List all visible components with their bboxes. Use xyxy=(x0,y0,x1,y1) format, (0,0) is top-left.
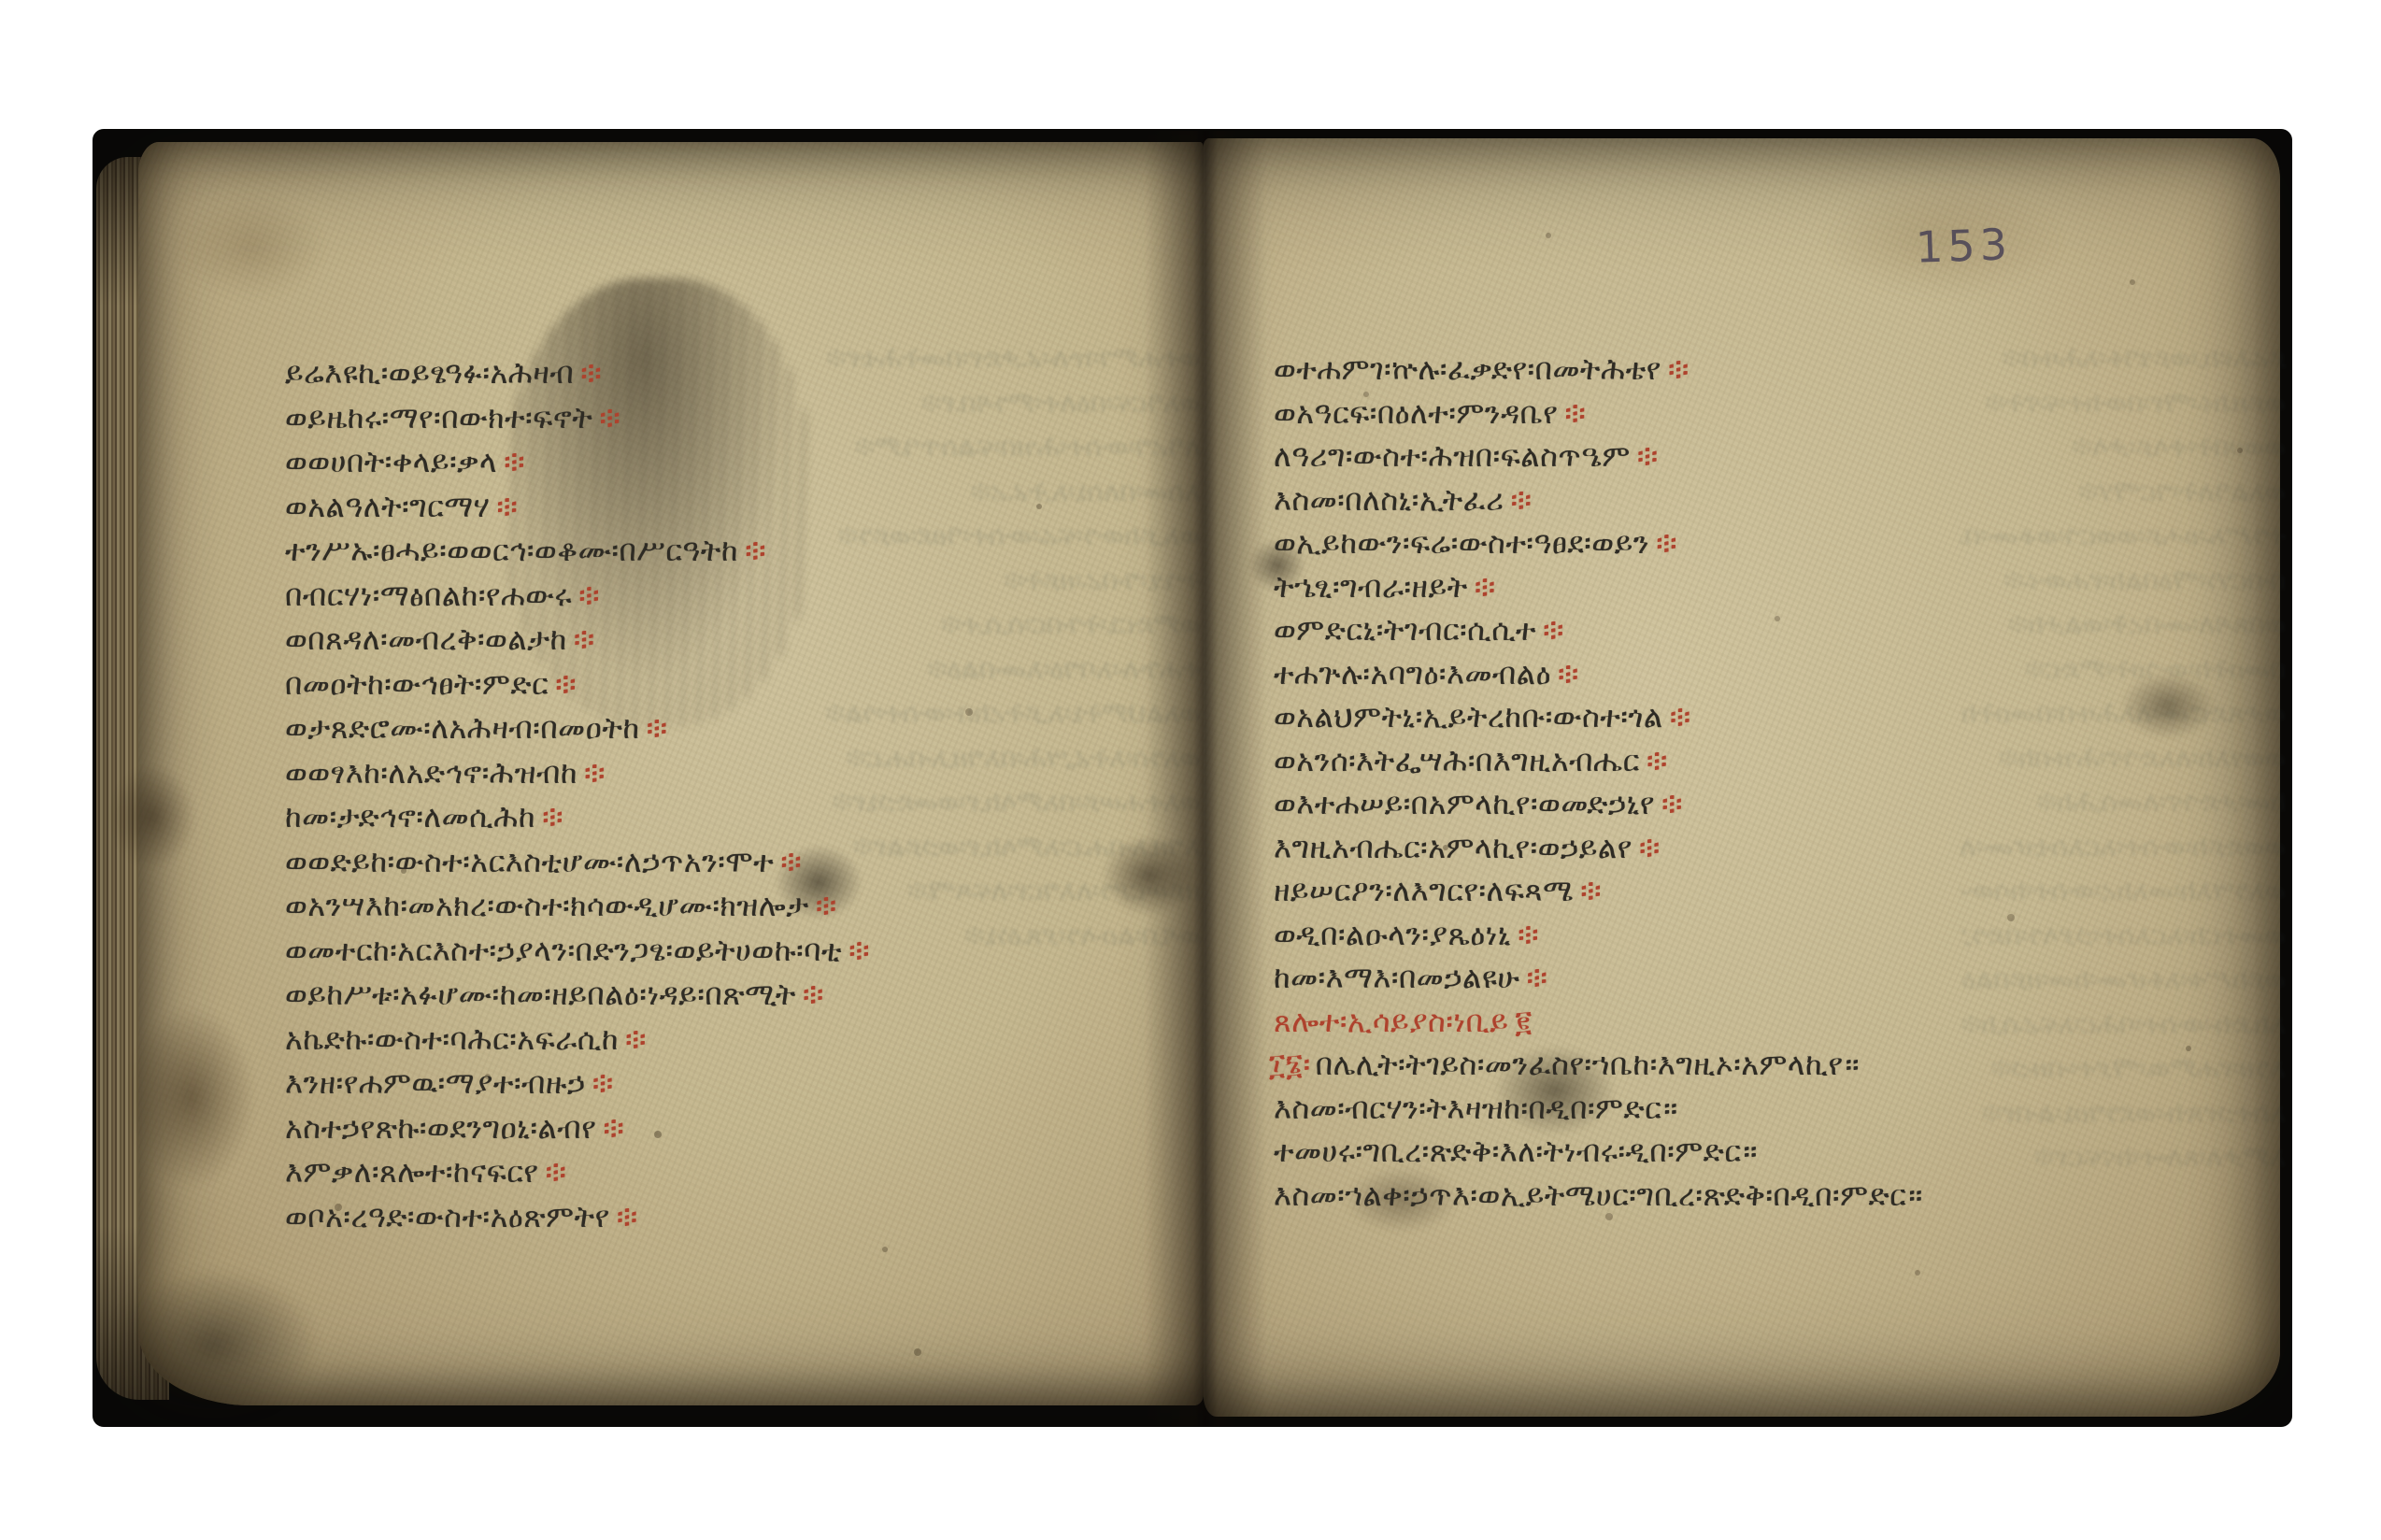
line-separator: ፨ xyxy=(1518,917,1539,952)
line-separator: ፨ xyxy=(617,1199,638,1234)
line-text: ወአልህምትኒ፡ኢይትረከቡ፡ውስተ፡ጎል xyxy=(1274,699,1663,734)
line-separator: ፨ xyxy=(848,933,870,968)
text-line: እስመ፡ብርሃን፡ትእዛዝከ፡በዲበ፡ምድር። xyxy=(1269,1087,1923,1131)
text-line: እስመ፡ኀልቀ፡ኃጥእ፡ወኢይትሜሀር፡ግቢረ፡ጽድቅ፡በዲበ፡ምድር። xyxy=(1269,1174,1923,1218)
line-separator: ፨ xyxy=(780,844,802,879)
text-line: ወአዓርፍ፡በዕለተ፡ምንዳቤየ፨ xyxy=(1269,392,1923,435)
line-separator: ፨ xyxy=(603,1110,624,1146)
line-text: አኬድኩ፡ውስተ፡ባሕር፡አፍራሲከ xyxy=(285,1021,619,1057)
text-line: ወአንሣእከ፡መአክረ፡ውስተ፡ክሳውዲሆሙ፡ክዝሎታ፨ xyxy=(280,884,870,929)
line-separator: ፨ xyxy=(745,533,766,568)
text-line: ወወድይከ፡ውስተ፡አርእስቲሆሙ፡ለኃጥአን፡ሞተ፨ xyxy=(280,840,870,885)
manuscript-scan: ወተሐምገ፡ኵሉ፡ፈቃድየ፡በመትሕቴየ፨ወአዓርፍ፡በዕለተ፡ምንዳቤየ፨ለዓ… xyxy=(0,0,2381,1540)
text-line: ተመሀሩ፡ግቢረ፡ጽድቅ፡እለ፡ትነብሩ፡ዲበ፡ምድር። xyxy=(1269,1130,1923,1174)
text-line: ወታጸድሮሙ፡ለአሕዛብ፡በመዐትከ፨ xyxy=(280,706,870,751)
line-text: ወይዜከሩ፡ማየ፡በውክተ፡ፍኖት xyxy=(285,400,592,435)
line-text: አስተኃየጽኩ፡ወደንግዐኒ፡ልብየ xyxy=(285,1110,596,1146)
line-separator: ፨ xyxy=(816,888,837,923)
line-separator: ፨ xyxy=(504,444,525,479)
line-text: ተንሥኡ፡ፀሓይ፡ወወርኅ፡ወቆሙ፡በሥርዓትከ xyxy=(285,533,738,568)
line-text: በብርሃነ፡ማፅበልከ፡የሐውሩ xyxy=(285,577,572,613)
text-line: ወአልዓለት፡ግርማሃ፨ xyxy=(280,485,870,530)
line-text: ወታጸድሮሙ፡ለአሕዛብ፡በመዐትከ xyxy=(285,710,640,746)
text-line: ጸሎተ፡ኢሳይያስ፡ነቢይ፪ xyxy=(1269,1000,1923,1044)
line-text: ወበጸዳለ፡መብረቅ፡ወልታከ xyxy=(285,621,567,657)
text-line: ወአንሰ፡እትፌሣሕ፡በእግዚአብሔር፨ xyxy=(1269,739,1923,783)
line-text: ወዲበ፡ልዑላን፡ያጼዕነኒ xyxy=(1274,917,1511,952)
left-page-text: ይሬእዩኪ፡ወይፄዓፉ፡አሕዛብ፨ወይዜከሩ፡ማየ፡በውክተ፡ፍኖት፨ወወሀበት… xyxy=(280,351,870,1239)
line-separator: ፨ xyxy=(580,355,602,391)
line-text: እስመ፡ብርሃን፡ትእዛዝከ፡በዲበ፡ምድር xyxy=(1274,1091,1661,1126)
text-line: እግዚአብሔር፡አምላኪየ፡ወኃይልየ፨ xyxy=(1269,826,1923,870)
line-separator: ፨ xyxy=(1475,569,1496,605)
line-text: እምቃለ፡ጸሎተ፡ከናፍርየ xyxy=(285,1154,539,1190)
line-separator: ፨ xyxy=(1526,960,1547,995)
text-line: በመዐትከ፡ውኅፀት፡ምድር፨ xyxy=(280,663,870,707)
line-separator: ፨ xyxy=(1656,525,1677,561)
line-text: ወይከሥቱ፡አፉሆሙ፡ከመ፡ዘይበልዕ፡ነዳይ፡በጽሚት xyxy=(285,977,796,1012)
line-text: ከመ፡እማእ፡በመኃልዩሁ xyxy=(1274,960,1519,995)
line-text: ትኄፂ፡ግብራ፡ዘይት xyxy=(1274,569,1468,605)
line-text: ወኢይከውን፡ፍሬ፡ውስተ፡ዓፀደ፡ወይን xyxy=(1274,525,1649,561)
line-text: ወአዓርፍ፡በዕለተ፡ምንዳቤየ xyxy=(1274,395,1558,431)
text-line: ወይዜከሩ፡ማየ፡በውክተ፡ፍኖት፨ xyxy=(280,396,870,441)
line-separator: ፪ xyxy=(1515,1004,1532,1039)
text-line: ከመ፡ታድኅኖ፡ለመሲሕከ፨ xyxy=(280,795,870,840)
text-line: ለዓሪግ፡ውስተ፡ሕዝበ፡ፍልስጥዔም፨ xyxy=(1269,435,1923,478)
line-separator: ፨ xyxy=(1580,873,1602,908)
line-text: ተመሀሩ፡ግቢረ፡ጽድቅ፡እለ፡ትነብሩ፡ዲበ፡ምድር xyxy=(1274,1134,1742,1169)
text-line: እስመ፡በለስኒ፡ኢትፈሪ፨ xyxy=(1269,478,1923,522)
line-text: እስመ፡በለስኒ፡ኢትፈሪ xyxy=(1274,482,1504,518)
line-separator: ፨ xyxy=(1543,612,1564,648)
text-line: ወአልህምትኒ፡ኢይትረከቡ፡ውስተ፡ጎል፨ xyxy=(1269,695,1923,739)
line-text: ወተሐምገ፡ኵሉ፡ፈቃድየ፡በመትሕቴየ xyxy=(1274,351,1661,387)
text-line: ወዲበ፡ልዑላን፡ያጼዕነኒ፨ xyxy=(1269,913,1923,957)
text-line: ትኄፂ፡ግብራ፡ዘይት፨ xyxy=(1269,565,1923,609)
text-line: ወኢይከውን፡ፍሬ፡ውስተ፡ዓፀደ፡ወይን፨ xyxy=(1269,521,1923,565)
line-separator: ፨ xyxy=(546,1154,567,1190)
line-text: ወቦአ፡ረዓድ፡ውስተ፡አዕጽምትየ xyxy=(285,1199,610,1234)
line-separator: ፨ xyxy=(1637,438,1659,474)
line-separator: ። xyxy=(1663,1091,1677,1126)
text-line: ወወፃእከ፡ለአድኅኖ፡ሕዝብከ፨ xyxy=(280,751,870,796)
line-separator: ፨ xyxy=(1668,351,1690,387)
text-line: ተንሥኡ፡ፀሓይ፡ወወርኅ፡ወቆሙ፡በሥርዓትከ፨ xyxy=(280,529,870,574)
line-separator: ፨ xyxy=(1558,656,1579,692)
line-separator: ። xyxy=(1744,1134,1758,1169)
line-text: ወወፃእከ፡ለአድኅኖ፡ሕዝብከ xyxy=(285,755,577,791)
text-line: እምቃለ፡ጸሎተ፡ከናፍርየ፨ xyxy=(280,1150,870,1195)
text-line: ተሐጕሉ፡አባግዕ፡እመብልዕ፨ xyxy=(1269,652,1923,696)
line-separator: ፨ xyxy=(1639,830,1661,865)
line-separator: ፨ xyxy=(803,977,824,1012)
line-text: በሌሊት፡ትገይስ፡መንፈስየ፡ኀቤከ፡እግዚኦ፡አምላኪየ xyxy=(1316,1047,1844,1082)
text-line: ይሬእዩኪ፡ወይፄዓፉ፡አሕዛብ፨ xyxy=(280,351,870,396)
line-separator: ፨ xyxy=(625,1021,647,1057)
line-separator: ፨ xyxy=(1564,395,1586,431)
line-text: ዘይሠርዖን፡ለእግርየ፡ለፍጻሜ xyxy=(1274,873,1574,908)
verse-number: ፲፮፡ xyxy=(1269,1047,1311,1082)
line-separator: ፨ xyxy=(1661,786,1683,821)
right-page-text: ወተሐምገ፡ኵሉ፡ፈቃድየ፡በመትሕቴየ፨ወአዓርፍ፡በዕለተ፡ምንዳቤየ፨ለዓ… xyxy=(1269,348,1923,1217)
line-separator: ፨ xyxy=(647,710,668,746)
line-text: ይሬእዩኪ፡ወይፄዓፉ፡አሕዛብ xyxy=(285,355,574,391)
line-text: ለዓሪግ፡ውስተ፡ሕዝበ፡ፍልስጥዔም xyxy=(1274,438,1631,474)
line-separator: ፨ xyxy=(592,1065,614,1101)
line-text: እግዚአብሔር፡አምላኪየ፡ወኃይልየ xyxy=(1274,830,1632,865)
page-number: 153 xyxy=(1915,219,2013,273)
line-text: ወእተሐሠይ፡በአምላኪየ፡ወመድኃኒየ xyxy=(1274,786,1655,821)
line-separator: ፨ xyxy=(496,489,518,524)
line-separator: ፨ xyxy=(574,621,595,657)
text-line: ወይከሥቱ፡አፉሆሙ፡ከመ፡ዘይበልዕ፡ነዳይ፡በጽሚት፨ xyxy=(280,973,870,1018)
line-separator: ፨ xyxy=(555,666,577,702)
text-line: ዘይሠርዖን፡ለእግርየ፡ለፍጻሜ፨ xyxy=(1269,869,1923,913)
text-line: ወእተሐሠይ፡በአምላኪየ፡ወመድኃኒየ፨ xyxy=(1269,782,1923,826)
line-separator: ። xyxy=(1846,1047,1860,1082)
line-text: ወወሀበት፡ቀላይ፡ቃላ xyxy=(285,444,497,479)
line-separator: ፨ xyxy=(542,799,563,834)
line-separator: ፨ xyxy=(599,400,620,435)
text-line: ወበጸዳለ፡መብረቅ፡ወልታከ፨ xyxy=(280,618,870,663)
text-line: አስተኃየጽኩ፡ወደንግዐኒ፡ልብየ፨ xyxy=(280,1106,870,1151)
line-text: ተሐጕሉ፡አባግዕ፡እመብልዕ xyxy=(1274,656,1551,692)
line-text: ወአልዓለት፡ግርማሃ xyxy=(285,489,490,524)
line-text: ወመተርከ፡አርእስተ፡ኃያላን፡በድንጋፄ፡ወይትሀወኩ፡ባቲ xyxy=(285,933,842,968)
line-text: ወምድርኒ፡ትገብር፡ሲሲተ xyxy=(1274,612,1536,648)
line-text: ከመ፡ታድኅኖ፡ለመሲሕከ xyxy=(285,799,535,834)
text-line: ወመተርከ፡አርእስተ፡ኃያላን፡በድንጋፄ፡ወይትሀወኩ፡ባቲ፨ xyxy=(280,929,870,974)
line-separator: ፨ xyxy=(578,577,600,613)
text-line: እንዘ፡የሐምዉ፡ማያተ፡ብዙኃ፨ xyxy=(280,1062,870,1106)
text-line: ፲፮፡በሌሊት፡ትገይስ፡መንፈስየ፡ኀቤከ፡እግዚኦ፡አምላኪየ። xyxy=(1269,1043,1923,1087)
line-text: ጸሎተ፡ኢሳይያስ፡ነቢይ xyxy=(1274,1004,1508,1039)
line-text: እንዘ፡የሐምዉ፡ማያተ፡ብዙኃ xyxy=(285,1065,586,1101)
line-separator: ፨ xyxy=(584,755,606,791)
line-separator: ፨ xyxy=(1670,699,1691,734)
text-line: ወወሀበት፡ቀላይ፡ቃላ፨ xyxy=(280,440,870,485)
line-text: ወአንሣእከ፡መአክረ፡ውስተ፡ክሳውዲሆሙ፡ክዝሎታ xyxy=(285,888,809,923)
text-line: ወቦአ፡ረዓድ፡ውስተ፡አዕጽምትየ፨ xyxy=(280,1195,870,1240)
text-line: ወተሐምገ፡ኵሉ፡ፈቃድየ፡በመትሕቴየ፨ xyxy=(1269,348,1923,392)
line-text: እስመ፡ኀልቀ፡ኃጥእ፡ወኢይትሜሀር፡ግቢረ፡ጽድቅ፡በዲበ፡ምድር xyxy=(1274,1177,1906,1213)
line-separator: ፨ xyxy=(1647,743,1668,778)
text-line: በብርሃነ፡ማፅበልከ፡የሐውሩ፨ xyxy=(280,574,870,619)
text-line: አኬድኩ፡ውስተ፡ባሕር፡አፍራሲከ፨ xyxy=(280,1018,870,1062)
line-separator: ፨ xyxy=(1510,482,1532,518)
text-line: ከመ፡እማእ፡በመኃልዩሁ፨ xyxy=(1269,956,1923,1000)
speckles xyxy=(0,0,4,4)
line-text: ወአንሰ፡እትፌሣሕ፡በእግዚአብሔር xyxy=(1274,743,1640,778)
line-separator: ። xyxy=(1908,1177,1922,1213)
text-line: ወምድርኒ፡ትገብር፡ሲሲተ፨ xyxy=(1269,608,1923,652)
line-text: ወወድይከ፡ውስተ፡አርእስቲሆሙ፡ለኃጥአን፡ሞተ xyxy=(285,844,774,879)
line-text: በመዐትከ፡ውኅፀት፡ምድር xyxy=(285,666,549,702)
